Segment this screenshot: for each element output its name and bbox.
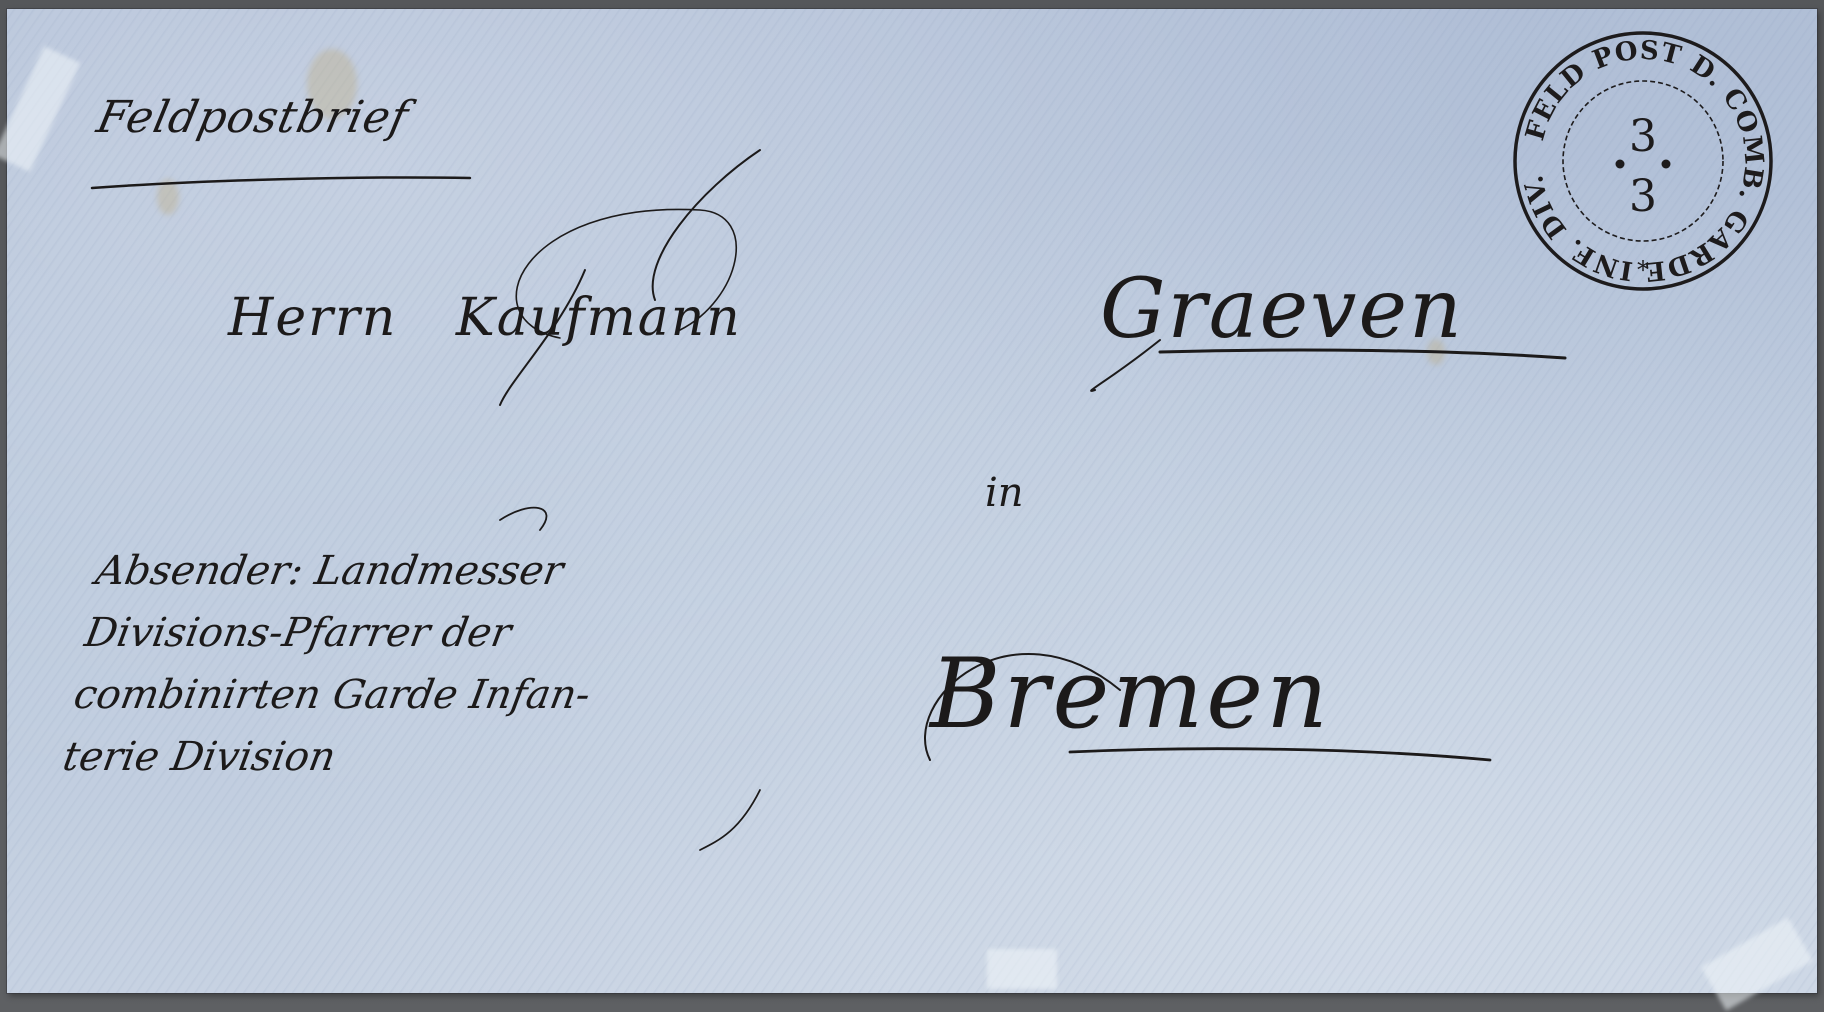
paper-crease (0, 46, 80, 172)
recipient-title: Kaufmann (456, 288, 742, 348)
recipient-name: Graeven (1100, 262, 1464, 357)
address-line: Herrn Kaufmann (228, 288, 742, 348)
postmark-day: 3 (1629, 111, 1657, 162)
postmark-dot (1616, 160, 1625, 169)
sender-line: Divisions-Pfarrer der (80, 602, 606, 664)
postmark: FELD POST D. COMB. GARDE INF. DIV. * 3 3 (1508, 26, 1778, 296)
destination-city: Bremen (930, 638, 1331, 750)
postmark-dot (1662, 160, 1671, 169)
sender-line: Absender: Landmesser (91, 540, 617, 602)
postmark-month: 3 (1629, 171, 1657, 222)
preposition-in: in (985, 470, 1024, 516)
sender-block: Absender: Landmesser Divisions-Pfarrer d… (58, 540, 617, 788)
scan-background: Feldpostbrief Herrn Kaufmann Graeven in … (0, 0, 1824, 1012)
age-stain (157, 179, 179, 215)
feldpostbrief-note: Feldpostbrief (93, 92, 414, 143)
paper-crease (987, 949, 1057, 989)
paper-crease (1701, 917, 1813, 1010)
sender-line: combinirten Garde Infan- (69, 664, 595, 726)
salutation: Herrn (228, 288, 397, 348)
postmark-star: * (1637, 256, 1649, 284)
sender-line: terie Division (58, 726, 584, 788)
